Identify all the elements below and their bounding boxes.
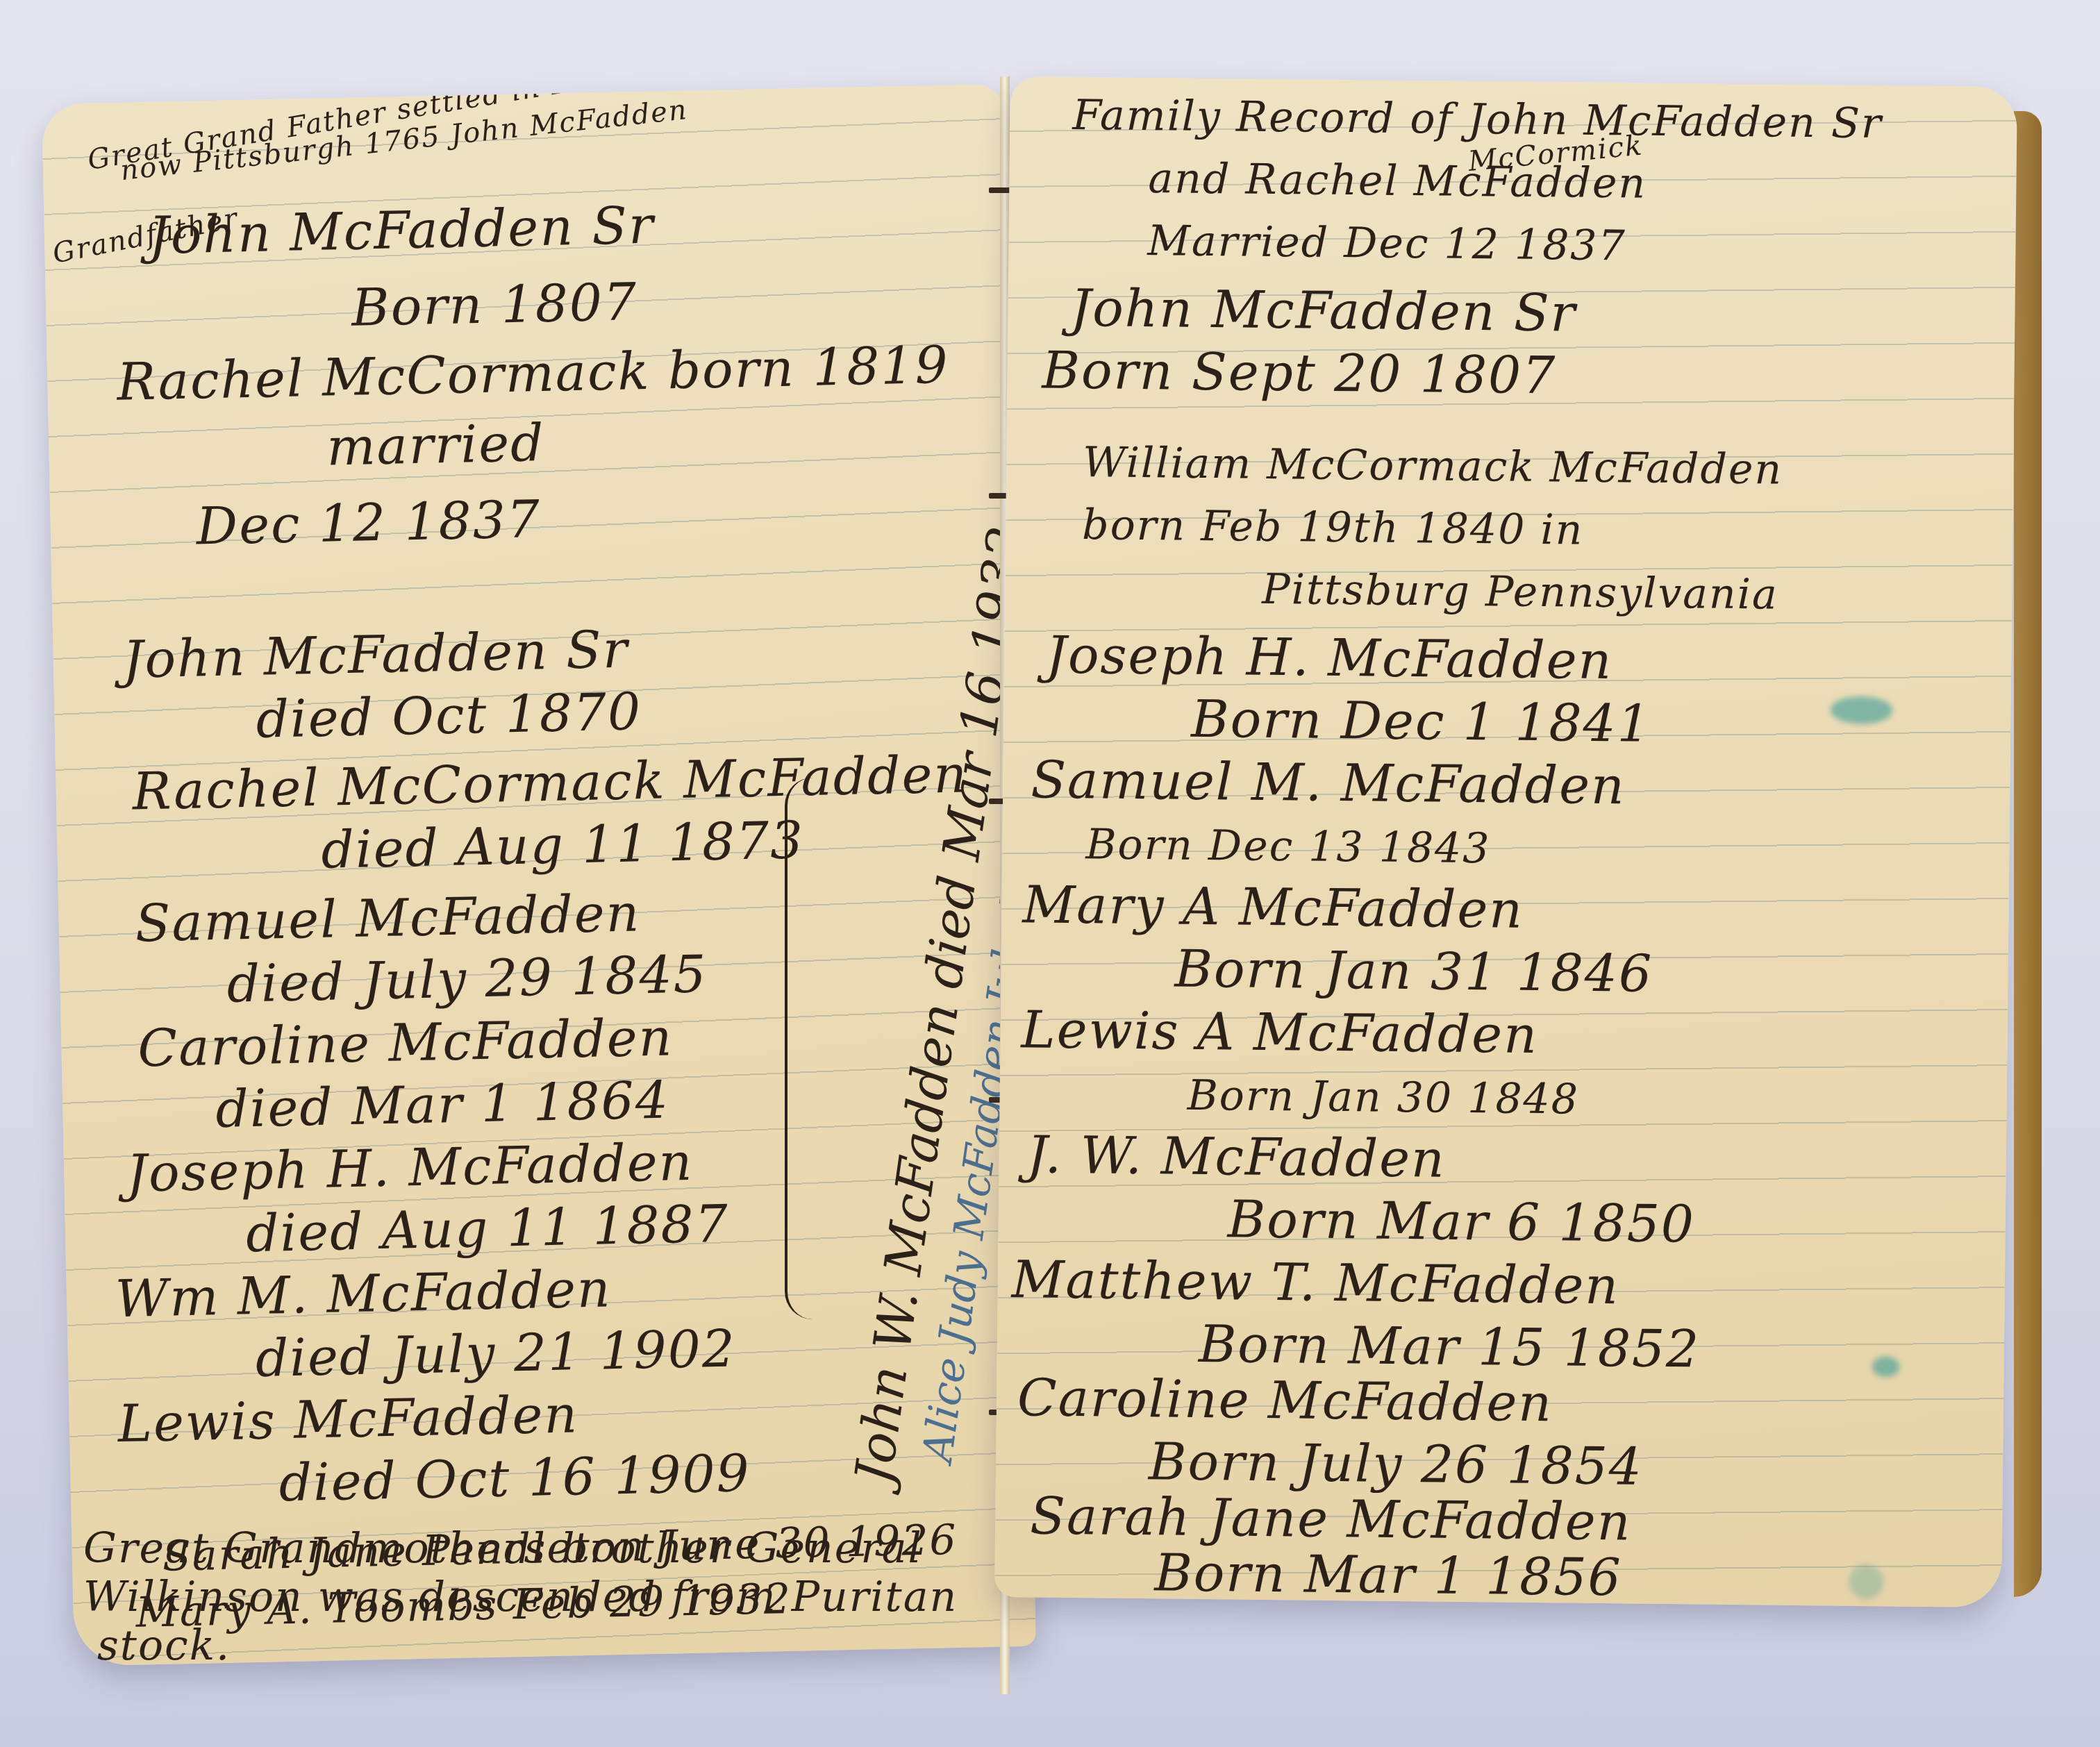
- entry-detail: died July 29 1845: [226, 944, 708, 1014]
- entry-name: Joseph H. McFadden: [126, 1132, 694, 1204]
- entry-detail: died Oct 1870: [256, 682, 642, 750]
- entry-name: Samuel McFadden: [135, 883, 641, 953]
- notebook-page-edge: [2014, 111, 2042, 1597]
- entry-name: Rachel McCormack born 1819: [117, 335, 950, 412]
- ink-stain: [1830, 696, 1892, 724]
- entry-name: Samuel M. McFadden: [1031, 750, 1626, 816]
- entry-name: William McCormack McFadden: [1083, 438, 1783, 494]
- entry-detail: Born July 26 1854: [1149, 1432, 1644, 1496]
- entry-detail: Born Mar 15 1852: [1198, 1314, 1700, 1380]
- entry-name: Caroline McFadden: [137, 1008, 674, 1078]
- entry-name: Rachel McCormack McFadden: [132, 744, 969, 821]
- entry-name: Sarah Jane McFadden: [1030, 1486, 1632, 1552]
- footer-note-line3: stock.: [97, 1621, 231, 1670]
- entry-detail: Born Dec 13 1843: [1085, 820, 1491, 873]
- entry-name: Lewis A McFadden: [1021, 1000, 1538, 1065]
- entry-name: Lewis McFadden: [117, 1385, 579, 1454]
- entry-detail: born Feb 19th 1840 in: [1082, 501, 1584, 555]
- ink-stain: [1849, 1564, 1884, 1600]
- entry-name: Joseph H. McFadden: [1046, 626, 1613, 692]
- entry-name: Wm M. McFadden: [115, 1259, 612, 1329]
- entry-detail: Born Jan 30 1848: [1187, 1071, 1579, 1124]
- entry-name: Matthew T. McFadden: [1011, 1250, 1619, 1316]
- entry-detail: died Aug 11 1887: [245, 1194, 729, 1264]
- ink-stain: [1872, 1356, 1899, 1377]
- entry-detail: Born Mar 1 1856: [1154, 1543, 1622, 1607]
- footer-note-line2: Wilkinson was descended from Puritan: [83, 1573, 958, 1621]
- footer-note-line1: Great Grandmothers brother General: [83, 1524, 923, 1573]
- entry-detail: Born Mar 6 1850: [1227, 1189, 1695, 1254]
- record-title-line3: Married Dec 12 1837: [1147, 217, 1626, 270]
- entry-detail: died Oct 16 1909: [278, 1444, 751, 1513]
- entry-place: Pittsburg Pennsylvania: [1262, 565, 1778, 619]
- entry-name: John McFadden Sr: [122, 619, 629, 689]
- entry-detail: Born Sept 20 1807: [1042, 341, 1556, 406]
- entry-name: John McFadden Sr: [148, 196, 655, 266]
- entry-name: Mary A McFadden: [1022, 875, 1524, 940]
- record-title-line1: Family Record of John McFadden Sr: [1072, 91, 1883, 148]
- right-page: Family Record of John McFadden Sr McCorm…: [994, 76, 2017, 1607]
- entry-detail: Born 1807: [351, 272, 638, 338]
- entry-detail: married: [326, 413, 546, 478]
- entry-detail: Dec 12 1837: [196, 490, 542, 556]
- record-title-line2: and Rachel McFadden: [1148, 154, 1647, 208]
- entry-detail: died July 21 1902: [255, 1319, 737, 1388]
- entry-detail: died Aug 11 1873: [321, 810, 805, 880]
- entry-name: John McFadden Sr: [1070, 278, 1576, 344]
- margin-bracket: [785, 778, 815, 1319]
- entry-name: J. W. McFadden: [1026, 1125, 1446, 1189]
- entry-detail: Born Dec 1 1841: [1191, 689, 1651, 754]
- entry-detail: died Mar 1 1864: [215, 1070, 669, 1139]
- entry-name: Caroline McFadden: [1017, 1368, 1553, 1433]
- entry-detail: Born Jan 31 1846: [1174, 939, 1653, 1004]
